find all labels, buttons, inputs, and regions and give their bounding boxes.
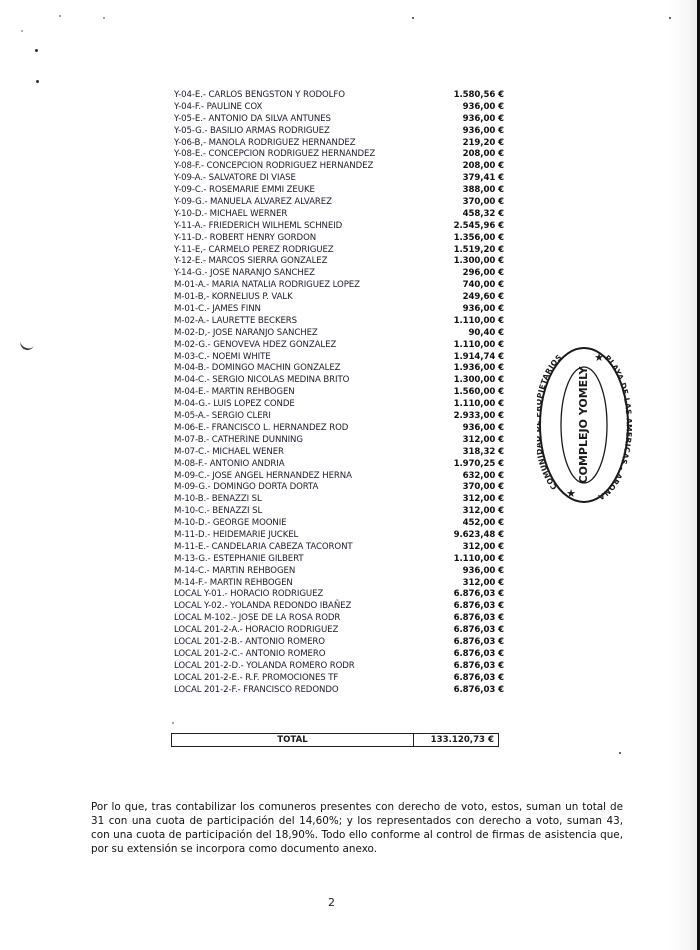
owner-entry: LOCAL 201-2-B.- ANTONIO ROMERO bbox=[174, 637, 325, 649]
owner-amount: 1.580,56 € bbox=[424, 90, 504, 102]
scan-mark bbox=[18, 336, 35, 352]
owner-amount: 632,00 € bbox=[424, 471, 504, 483]
owner-entry: Y-09-C.- ROSEMARIE EMMI ZEUKE bbox=[174, 185, 315, 197]
ledger-row: Y-04-E.- CARLOS BENGSTON Y RODOLFO1.580,… bbox=[174, 90, 504, 102]
owner-amount: 2.545,96 € bbox=[424, 221, 504, 233]
ledger-row: Y-09-C.- ROSEMARIE EMMI ZEUKE388,00 € bbox=[174, 185, 504, 197]
owner-entry: M-01-C.- JAMES FINN bbox=[174, 304, 261, 316]
owner-entry: LOCAL 201-2-F.- FRANCISCO REDONDO bbox=[174, 685, 339, 697]
owner-entry: M-11-D.- HEIDEMARIE JUCKEL bbox=[174, 530, 298, 542]
owner-amount: 1.110,00 € bbox=[424, 554, 504, 566]
ledger-row: Y-10-D.- MICHAEL WERNER458,32 € bbox=[174, 209, 504, 221]
ledger-row: M-04-B.- DOMINGO MACHIN GONZALEZ1.936,00… bbox=[174, 363, 504, 375]
scan-speck bbox=[59, 15, 61, 17]
ledger-row: M-04-C.- SERGIO NICOLAS MEDINA BRITO1.30… bbox=[174, 375, 504, 387]
owner-amount: 90,40 € bbox=[424, 328, 504, 340]
ledger-row: Y-11-A.- FRIEDERICH WILHEML SCHNEID2.545… bbox=[174, 221, 504, 233]
owner-amount: 1.970,25 € bbox=[424, 459, 504, 471]
owner-entry: M-07-C.- MICHAEL WENER bbox=[174, 447, 284, 459]
ledger-row: M-06-E.- FRANCISCO L. HERNANDEZ ROD936,0… bbox=[174, 423, 504, 435]
scan-speck bbox=[619, 752, 621, 754]
star-icon: ★ bbox=[594, 351, 604, 364]
owner-amount: 370,00 € bbox=[424, 197, 504, 209]
owner-amount: 312,00 € bbox=[424, 494, 504, 506]
owner-amount: 1.936,00 € bbox=[424, 363, 504, 375]
attendance-paragraph: Por lo que, tras contabilizar los comune… bbox=[91, 800, 623, 856]
ledger-row: Y-06-B,- MANOLA RODRIGUEZ HERNANDEZ219,2… bbox=[174, 138, 504, 150]
ledger-row: M-07-C.- MICHAEL WENER318,32 € bbox=[174, 447, 504, 459]
owners-ledger: Y-04-E.- CARLOS BENGSTON Y RODOLFO1.580,… bbox=[174, 90, 504, 696]
ledger-row: M-02-D,- JOSE NARANJO SANCHEZ90,40 € bbox=[174, 328, 504, 340]
owner-amount: 1.519,20 € bbox=[424, 245, 504, 257]
owner-entry: M-11-E.- CANDELARIA CABEZA TACORONT bbox=[174, 542, 353, 554]
scan-speck bbox=[669, 17, 671, 19]
owner-amount: 936,00 € bbox=[424, 126, 504, 138]
owner-amount: 6.876,03 € bbox=[424, 613, 504, 625]
owner-amount: 6.876,03 € bbox=[424, 637, 504, 649]
ledger-row: M-05-A.- SERGIO CLERI2.933,00 € bbox=[174, 411, 504, 423]
owner-entry: M-06-E.- FRANCISCO L. HERNANDEZ ROD bbox=[174, 423, 348, 435]
owner-entry: Y-12-E.- MARCOS SIERRA GONZALEZ bbox=[174, 256, 327, 268]
stamp-center-text: COMPLEJO YOMELY bbox=[577, 366, 590, 484]
ledger-row: M-10-C.- BENAZZI SL312,00 € bbox=[174, 506, 504, 518]
owner-amount: 936,00 € bbox=[424, 114, 504, 126]
owner-entry: M-07-B.- CATHERINE DUNNING bbox=[174, 435, 303, 447]
owner-amount: 1.356,00 € bbox=[424, 233, 504, 245]
owner-entry: Y-04-E.- CARLOS BENGSTON Y RODOLFO bbox=[174, 90, 345, 102]
owner-amount: 1.300,00 € bbox=[424, 375, 504, 387]
owner-entry: M-09-G.- DOMINGO DORTA DORTA bbox=[174, 482, 318, 494]
owner-entry: Y-09-A.- SALVATORE DI VIASE bbox=[174, 173, 296, 185]
ledger-row: LOCAL Y-02.- YOLANDA REDONDO IBAÑEZ6.876… bbox=[174, 601, 504, 613]
owner-entry: Y-08-F.- CONCEPCION RODRIGUEZ HERNANDEZ bbox=[174, 161, 373, 173]
ledger-row: M-02-A.- LAURETTE BECKERS1.110,00 € bbox=[174, 316, 504, 328]
ledger-row: Y-08-E.- CONCEPCION RODRIGUEZ HERNANDEZ2… bbox=[174, 149, 504, 161]
owner-amount: 1.300,00 € bbox=[424, 256, 504, 268]
owner-amount: 6.876,03 € bbox=[424, 661, 504, 673]
owner-amount: 1.110,00 € bbox=[424, 316, 504, 328]
ledger-row: M-14-F.- MARTIN REHBOGEN312,00 € bbox=[174, 578, 504, 590]
ledger-row: M-04-E.- MARTIN REHBOGEN1.560,00 € bbox=[174, 387, 504, 399]
owner-entry: Y-08-E.- CONCEPCION RODRIGUEZ HERNANDEZ bbox=[174, 149, 375, 161]
ledger-row: Y-09-G.- MANUELA ALVAREZ ALVAREZ370,00 € bbox=[174, 197, 504, 209]
ledger-row: Y-08-F.- CONCEPCION RODRIGUEZ HERNANDEZ2… bbox=[174, 161, 504, 173]
owner-amount: 1.914,74 € bbox=[424, 352, 504, 364]
ledger-row: M-04-G.- LUIS LOPEZ CONDE1.110,00 € bbox=[174, 399, 504, 411]
ledger-row: M-13-G.- ESTEPHANIE GILBERT1.110,00 € bbox=[174, 554, 504, 566]
owner-amount: 6.876,03 € bbox=[424, 625, 504, 637]
ledger-row: M-07-B.- CATHERINE DUNNING312,00 € bbox=[174, 435, 504, 447]
owner-entry: M-08-F.- ANTONIO ANDRIA bbox=[174, 459, 284, 471]
owner-amount: 208,00 € bbox=[424, 149, 504, 161]
ledger-row: Y-05-G.- BASILIO ARMAS RODRIGUEZ936,00 € bbox=[174, 126, 504, 138]
ledger-row: LOCAL 201-2-F.- FRANCISCO REDONDO6.876,0… bbox=[174, 685, 504, 697]
owner-entry: M-10-C.- BENAZZI SL bbox=[174, 506, 262, 518]
owner-entry: M-05-A.- SERGIO CLERI bbox=[174, 411, 271, 423]
ledger-row: M-09-C.- JOSE ANGEL HERNANDEZ HERNA632,0… bbox=[174, 471, 504, 483]
owner-entry: LOCAL Y-02.- YOLANDA REDONDO IBAÑEZ bbox=[174, 601, 351, 613]
ledger-row: M-01-C.- JAMES FINN936,00 € bbox=[174, 304, 504, 316]
owner-entry: LOCAL 201-2-C.- ANTONIO ROMERO bbox=[174, 649, 325, 661]
owner-entry: Y-10-D.- MICHAEL WERNER bbox=[174, 209, 287, 221]
owner-entry: M-14-F.- MARTIN REHBOGEN bbox=[174, 578, 293, 590]
owner-amount: 312,00 € bbox=[424, 578, 504, 590]
ledger-row: Y-04-F.- PAULINE COX936,00 € bbox=[174, 102, 504, 114]
owner-amount: 9.623,48 € bbox=[424, 530, 504, 542]
ledger-row: LOCAL Y-01.- HORACIO RODRIGUEZ6.876,03 € bbox=[174, 589, 504, 601]
owner-amount: 6.876,03 € bbox=[424, 589, 504, 601]
owner-entry: M-02-A.- LAURETTE BECKERS bbox=[174, 316, 297, 328]
owner-entry: M-13-G.- ESTEPHANIE GILBERT bbox=[174, 554, 304, 566]
svg-text:COMUNIDAD DE PROPIETARIOS: COMUNIDAD DE PROPIETARIOS bbox=[537, 353, 564, 492]
scan-speck bbox=[172, 722, 174, 724]
stamp-outer-right-text: PLAYA DE LAS AMÉRICAS - ARONA bbox=[597, 353, 632, 502]
owner-entry: LOCAL 201-2-E.- R.F. PROMOCIONES TF bbox=[174, 673, 338, 685]
ledger-row: M-10-D.- GEORGE MOONIE452,00 € bbox=[174, 518, 504, 530]
owner-amount: 740,00 € bbox=[424, 280, 504, 292]
owner-amount: 2.933,00 € bbox=[424, 411, 504, 423]
owner-amount: 388,00 € bbox=[424, 185, 504, 197]
owner-amount: 6.876,03 € bbox=[424, 685, 504, 697]
owner-entry: Y-06-B,- MANOLA RODRIGUEZ HERNANDEZ bbox=[174, 138, 356, 150]
ledger-row: M-11-E.- CANDELARIA CABEZA TACORONT312,0… bbox=[174, 542, 504, 554]
owner-amount: 249,60 € bbox=[424, 292, 504, 304]
ledger-row: Y-05-E.- ANTONIO DA SILVA ANTUNES936,00 … bbox=[174, 114, 504, 126]
owner-amount: 219,20 € bbox=[424, 138, 504, 150]
owner-amount: 312,00 € bbox=[424, 542, 504, 554]
ledger-row: M-11-D.- HEIDEMARIE JUCKEL9.623,48 € bbox=[174, 530, 504, 542]
scan-speck bbox=[21, 30, 23, 32]
owner-entry: Y-11-A.- FRIEDERICH WILHEML SCHNEID bbox=[174, 221, 342, 233]
owner-entry: M-01-A.- MARIA NATALIA RODRIGUEZ LOPEZ bbox=[174, 280, 360, 292]
owner-entry: Y-11-E,- CARMELO PEREZ RODRIGUEZ bbox=[174, 245, 334, 257]
community-stamp: COMUNIDAD DE PROPIETARIOS PLAYA DE LAS A… bbox=[537, 345, 632, 505]
scan-shadow bbox=[669, 0, 697, 950]
owner-entry: M-04-G.- LUIS LOPEZ CONDE bbox=[174, 399, 295, 411]
owner-amount: 1.110,00 € bbox=[424, 399, 504, 411]
ledger-row: M-14-C.- MARTIN REHBOGEN936,00 € bbox=[174, 566, 504, 578]
owner-amount: 6.876,03 € bbox=[424, 601, 504, 613]
owner-amount: 318,32 € bbox=[424, 447, 504, 459]
ledger-row: M-01-B,- KORNELIUS P. VALK249,60 € bbox=[174, 292, 504, 304]
owner-amount: 208,00 € bbox=[424, 161, 504, 173]
owner-entry: M-10-B.- BENAZZI SL bbox=[174, 494, 262, 506]
owner-amount: 936,00 € bbox=[424, 304, 504, 316]
ledger-row: M-03-C.- NOEMI WHITE1.914,74 € bbox=[174, 352, 504, 364]
owner-entry: LOCAL 201-2-A.- HORACIO RODRIGUEZ bbox=[174, 625, 338, 637]
owner-amount: 296,00 € bbox=[424, 268, 504, 280]
ledger-row: LOCAL 201-2-A.- HORACIO RODRIGUEZ6.876,0… bbox=[174, 625, 504, 637]
ledger-row: LOCAL 201-2-C.- ANTONIO ROMERO6.876,03 € bbox=[174, 649, 504, 661]
ledger-row: M-09-G.- DOMINGO DORTA DORTA370,00 € bbox=[174, 482, 504, 494]
owner-amount: 936,00 € bbox=[424, 566, 504, 578]
owner-entry: Y-09-G.- MANUELA ALVAREZ ALVAREZ bbox=[174, 197, 332, 209]
total-row: TOTAL 133.120,73 € bbox=[171, 733, 499, 747]
ledger-row: LOCAL 201-2-D.- YOLANDA ROMERO RODR6.876… bbox=[174, 661, 504, 673]
owner-entry: M-04-E.- MARTIN REHBOGEN bbox=[174, 387, 295, 399]
ledger-row: LOCAL 201-2-E.- R.F. PROMOCIONES TF6.876… bbox=[174, 673, 504, 685]
page-number: 2 bbox=[328, 896, 335, 909]
owner-amount: 370,00 € bbox=[424, 482, 504, 494]
stamp-outer-left-text: COMUNIDAD DE PROPIETARIOS bbox=[537, 353, 564, 492]
owner-entry: M-02-D,- JOSE NARANJO SANCHEZ bbox=[174, 328, 318, 340]
owner-entry: M-14-C.- MARTIN REHBOGEN bbox=[174, 566, 295, 578]
scan-speck bbox=[36, 80, 39, 83]
total-label: TOTAL bbox=[172, 734, 414, 746]
owner-amount: 1.110,00 € bbox=[424, 340, 504, 352]
ledger-row: Y-09-A.- SALVATORE DI VIASE379,41 € bbox=[174, 173, 504, 185]
owner-amount: 1.560,00 € bbox=[424, 387, 504, 399]
owner-entry: M-10-D.- GEORGE MOONIE bbox=[174, 518, 287, 530]
owner-amount: 379,41 € bbox=[424, 173, 504, 185]
owner-entry: M-01-B,- KORNELIUS P. VALK bbox=[174, 292, 293, 304]
owner-amount: 936,00 € bbox=[424, 102, 504, 114]
total-value: 133.120,73 € bbox=[414, 734, 498, 746]
owner-entry: LOCAL Y-01.- HORACIO RODRIGUEZ bbox=[174, 589, 323, 601]
scan-speck bbox=[412, 17, 414, 19]
ledger-row: Y-11-D.- ROBERT HENRY GORDON1.356,00 € bbox=[174, 233, 504, 245]
ledger-row: M-08-F.- ANTONIO ANDRIA1.970,25 € bbox=[174, 459, 504, 471]
owner-entry: M-04-C.- SERGIO NICOLAS MEDINA BRITO bbox=[174, 375, 349, 387]
owner-entry: M-09-C.- JOSE ANGEL HERNANDEZ HERNA bbox=[174, 471, 352, 483]
owner-amount: 6.876,03 € bbox=[424, 673, 504, 685]
owner-entry: LOCAL M-102.- JOSE DE LA ROSA RODR bbox=[174, 613, 340, 625]
owner-entry: Y-14-G.- JOSE NARANJO SANCHEZ bbox=[174, 268, 315, 280]
owner-entry: M-03-C.- NOEMI WHITE bbox=[174, 352, 271, 364]
owner-amount: 936,00 € bbox=[424, 423, 504, 435]
owner-amount: 458,32 € bbox=[424, 209, 504, 221]
owner-entry: Y-05-E.- ANTONIO DA SILVA ANTUNES bbox=[174, 114, 331, 126]
ledger-row: Y-11-E,- CARMELO PEREZ RODRIGUEZ1.519,20… bbox=[174, 245, 504, 257]
scan-speck bbox=[103, 17, 105, 19]
owner-entry: M-02-G.- GENOVEVA HDEZ GONZALEZ bbox=[174, 340, 336, 352]
ledger-row: M-01-A.- MARIA NATALIA RODRIGUEZ LOPEZ74… bbox=[174, 280, 504, 292]
ledger-row: M-02-G.- GENOVEVA HDEZ GONZALEZ1.110,00 … bbox=[174, 340, 504, 352]
svg-text:PLAYA DE LAS AMÉRICAS - ARONA: PLAYA DE LAS AMÉRICAS - ARONA bbox=[597, 353, 632, 502]
owner-amount: 312,00 € bbox=[424, 506, 504, 518]
owner-entry: Y-11-D.- ROBERT HENRY GORDON bbox=[174, 233, 316, 245]
owner-amount: 6.876,03 € bbox=[424, 649, 504, 661]
owner-amount: 312,00 € bbox=[424, 435, 504, 447]
owner-amount: 452,00 € bbox=[424, 518, 504, 530]
ledger-row: LOCAL 201-2-B.- ANTONIO ROMERO6.876,03 € bbox=[174, 637, 504, 649]
owner-entry: M-04-B.- DOMINGO MACHIN GONZALEZ bbox=[174, 363, 340, 375]
ledger-row: Y-14-G.- JOSE NARANJO SANCHEZ296,00 € bbox=[174, 268, 504, 280]
owner-entry: Y-05-G.- BASILIO ARMAS RODRIGUEZ bbox=[174, 126, 330, 138]
ledger-row: M-10-B.- BENAZZI SL312,00 € bbox=[174, 494, 504, 506]
scan-speck bbox=[35, 49, 38, 52]
owner-entry: Y-04-F.- PAULINE COX bbox=[174, 102, 262, 114]
ledger-row: LOCAL M-102.- JOSE DE LA ROSA RODR6.876,… bbox=[174, 613, 504, 625]
ledger-row: Y-12-E.- MARCOS SIERRA GONZALEZ1.300,00 … bbox=[174, 256, 504, 268]
star-icon: ★ bbox=[566, 487, 576, 500]
owner-entry: LOCAL 201-2-D.- YOLANDA ROMERO RODR bbox=[174, 661, 355, 673]
